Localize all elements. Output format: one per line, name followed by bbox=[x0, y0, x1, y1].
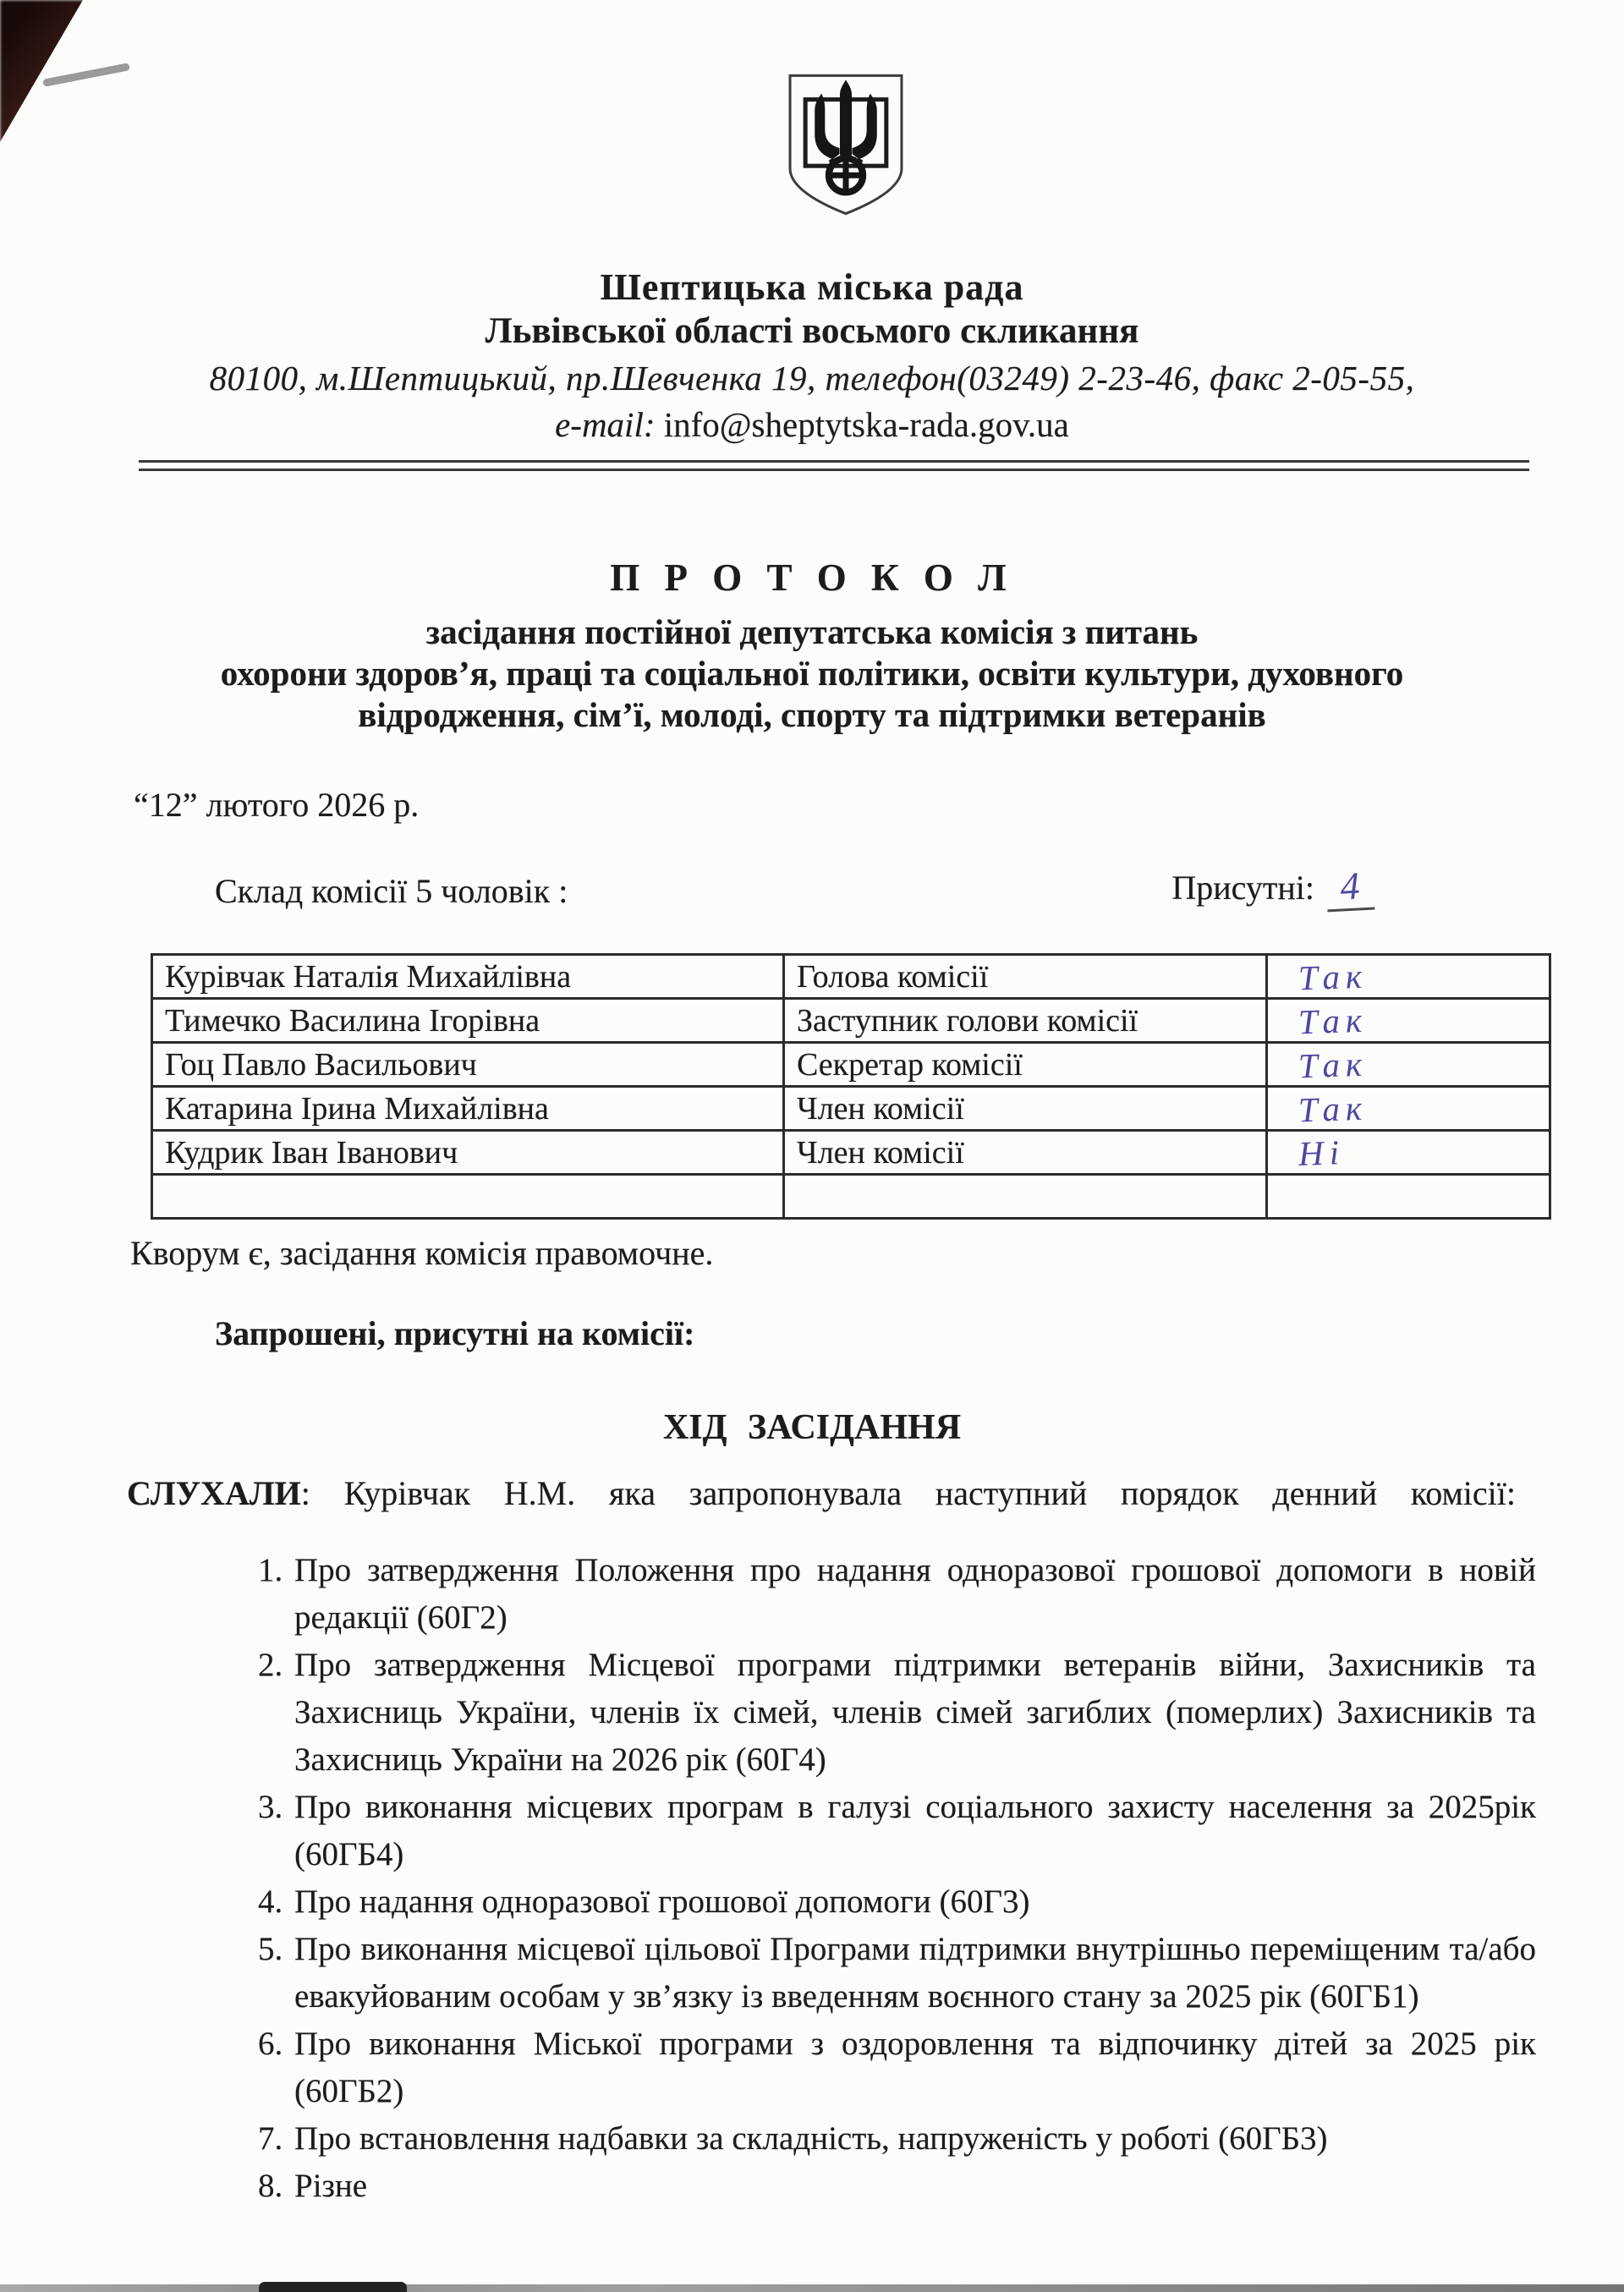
title-subtitle-line3: відродження, сім’ї, молоді, спорту та пі… bbox=[0, 694, 1624, 736]
attendance-handwriting: Так bbox=[1298, 1043, 1369, 1086]
member-name-cell: Тимечко Василина Ігорівна bbox=[152, 999, 784, 1043]
agenda-item-8: Різне bbox=[291, 2163, 1536, 2210]
agenda-item-4: Про надання одноразової грошової допомог… bbox=[291, 1878, 1536, 1926]
org-address: 80100, м.Шептицький, пр.Шевченка 19, тел… bbox=[0, 357, 1624, 399]
member-name-cell: Курівчак Наталія Михайлівна bbox=[152, 955, 784, 999]
composition-label: Склад комісії 5 чоловік : bbox=[215, 871, 568, 911]
agenda-item-1: Про затвердження Положення про надання о… bbox=[291, 1547, 1536, 1642]
member-role-cell: Член комісії bbox=[784, 1131, 1267, 1175]
meeting-date: “12” лютого 2026 р. bbox=[0, 785, 1624, 825]
member-role-cell: Секретар комісії bbox=[784, 1043, 1267, 1087]
heard-label: СЛУХАЛИ bbox=[127, 1474, 301, 1512]
agenda-item-7: Про встановлення надбавки за складність,… bbox=[291, 2115, 1536, 2163]
table-row: Тимечко Василина Ігорівна Заступник голо… bbox=[152, 999, 1550, 1043]
email-value: info@sheptytska-rada.gov.ua bbox=[664, 405, 1069, 444]
heard-paragraph: СЛУХАЛИ: Курівчак Н.М. яка запропонувала… bbox=[0, 1473, 1624, 1513]
member-role-cell: Голова комісії bbox=[784, 955, 1267, 999]
agenda-item-2: Про затвердження Місцевої програми підтр… bbox=[291, 1642, 1536, 1784]
member-role-cell: Член комісії bbox=[784, 1087, 1267, 1131]
attendance-cell: Ні bbox=[1267, 1131, 1550, 1175]
members-table: Курівчак Наталія Михайлівна Голова коміс… bbox=[151, 953, 1551, 1220]
attendance-cell: Так bbox=[1267, 1043, 1550, 1087]
attendance-cell: Так bbox=[1267, 1087, 1550, 1131]
member-role-cell bbox=[784, 1175, 1267, 1219]
present-label: Присутні: bbox=[1171, 869, 1314, 907]
table-row: Кудрик Іван Іванович Член комісії Ні bbox=[152, 1131, 1550, 1175]
member-name-cell: Гоц Павло Васильович bbox=[152, 1043, 784, 1087]
attendance-handwriting: Так bbox=[1298, 999, 1369, 1042]
email-label: e-mail: bbox=[555, 405, 655, 444]
attendance-cell: Так bbox=[1267, 955, 1550, 999]
present-group: Присутні:4 bbox=[1171, 864, 1374, 911]
title-subtitle-line2: охорони здоров’я, праці та соціальної по… bbox=[0, 653, 1624, 694]
agenda-item-6: Про виконання Міської програми з оздоров… bbox=[291, 2021, 1536, 2115]
table-row: Курівчак Наталія Михайлівна Голова коміс… bbox=[152, 955, 1550, 999]
table-row: Катарина Ірина Михайлівна Член комісії Т… bbox=[152, 1087, 1550, 1131]
heard-text: : Курівчак Н.М. яка запропонувала наступ… bbox=[301, 1474, 1516, 1512]
member-name-cell: Кудрик Іван Іванович bbox=[152, 1131, 784, 1175]
member-name-cell: Катарина Ірина Михайлівна bbox=[152, 1087, 784, 1131]
title-block: П Р О Т О К О Л засідання постійної депу… bbox=[0, 556, 1624, 736]
scan-bottom-edge bbox=[0, 2284, 1624, 2292]
attendance-cell: Так bbox=[1267, 999, 1550, 1043]
attendance-handwriting: Так bbox=[1298, 1087, 1369, 1130]
table-row-empty bbox=[152, 1175, 1550, 1219]
org-name: Шептицька міська рада bbox=[0, 266, 1624, 310]
letterhead: Шептицька міська рада Львівської області… bbox=[0, 73, 1624, 471]
quorum-statement: Кворум є, засідання комісія правомочне. bbox=[0, 1233, 1624, 1273]
title-subtitle-line1: засідання постійної депутатська комісія … bbox=[0, 611, 1624, 653]
member-name-cell bbox=[152, 1175, 784, 1219]
scan-bottom-smudge bbox=[259, 2282, 407, 2292]
attendance-handwriting: Ні bbox=[1298, 1132, 1346, 1174]
scanned-protocol-document: Шептицька міська рада Львівської області… bbox=[0, 0, 1624, 2292]
invited-heading: Запрошені, присутні на комісії: bbox=[0, 1313, 1624, 1353]
document-page: Шептицька міська рада Львівської області… bbox=[0, 0, 1624, 2292]
attendance-handwriting: Так bbox=[1298, 955, 1369, 998]
ukraine-trident-emblem-icon bbox=[786, 73, 906, 217]
agenda-item-5: Про виконання місцевої цільової Програми… bbox=[291, 1926, 1536, 2021]
agenda-list: Про затвердження Положення про надання о… bbox=[291, 1547, 1536, 2210]
member-role-cell: Заступник голови комісії bbox=[784, 999, 1267, 1043]
session-heading: ХІД ЗАСІДАННЯ bbox=[0, 1407, 1624, 1448]
org-subtitle: Львівської області восьмого скликання bbox=[0, 310, 1624, 354]
document-type-title: П Р О Т О К О Л bbox=[0, 556, 1624, 600]
composition-row: Склад комісії 5 чоловік : Присутні:4 bbox=[0, 864, 1624, 911]
table-row: Гоц Павло Васильович Секретар комісії Та… bbox=[152, 1043, 1550, 1087]
letterhead-divider bbox=[139, 460, 1529, 471]
agenda-item-3: Про виконання місцевих програм в галузі … bbox=[291, 1784, 1536, 1878]
present-count-handwritten: 4 bbox=[1325, 863, 1375, 913]
org-email-line: e-mail: info@sheptytska-rada.gov.ua bbox=[0, 404, 1624, 445]
attendance-cell bbox=[1267, 1175, 1550, 1219]
